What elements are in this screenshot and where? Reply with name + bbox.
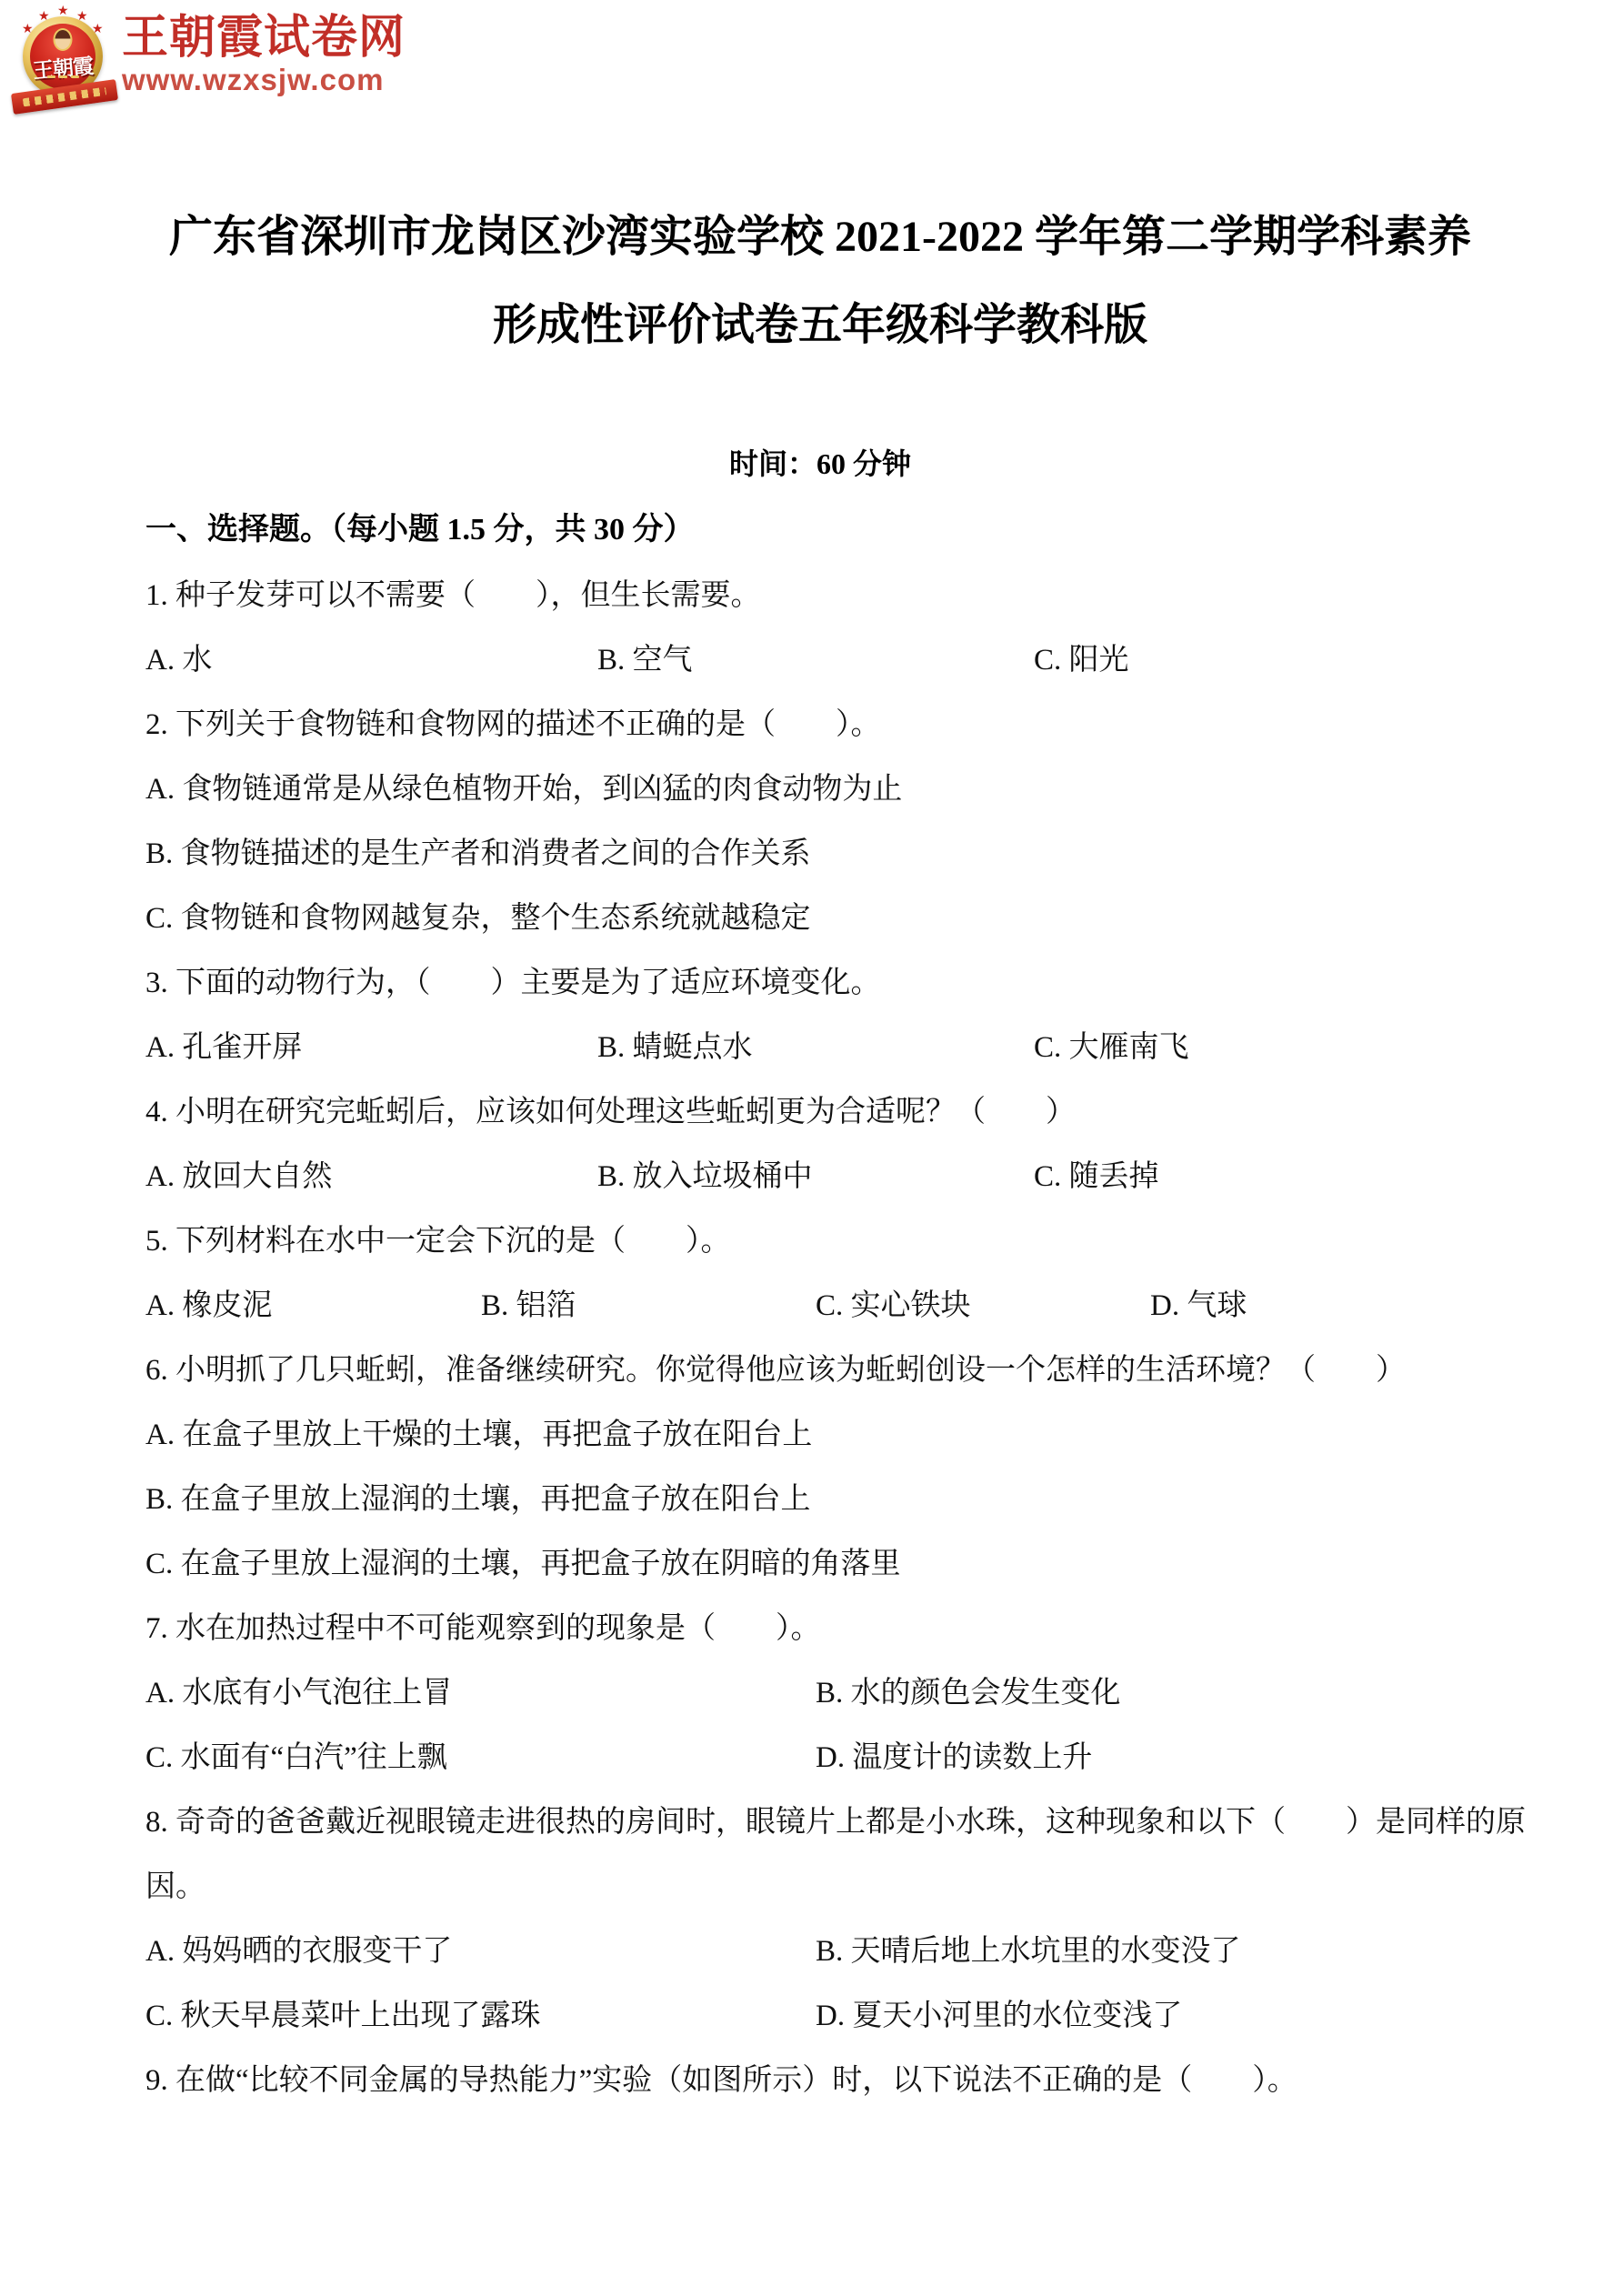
option-line: A. 在盒子里放上干燥的土壤，再把盒子放在阳台上 — [145, 1416, 1495, 1480]
question-line: 4. 小明在研究完蚯蚓后，应该如何处理这些蚯蚓更为合适呢？（ ） — [145, 1093, 1495, 1158]
option-item: A. 水底有小气泡往上冒 — [145, 1674, 816, 1712]
options-row: A. 水 B. 空气 C. 阳光 — [145, 641, 1495, 706]
exam-title-line-2: 形成性评价试卷五年级科学教科版 — [145, 301, 1495, 350]
question-text: 4. 小明在研究完蚯蚓后，应该如何处理这些蚯蚓更为合适呢？（ ） — [145, 1093, 1076, 1131]
option-item: B. 天晴后地上水坑里的水变没了 — [816, 1932, 1241, 1970]
option-item: D. 夏天小河里的水位变浅了 — [816, 1997, 1182, 2035]
option-item: B. 食物链描述的是生产者和消费者之间的合作关系 — [145, 835, 811, 873]
options-row: A. 橡皮泥 B. 铝箔 C. 实心铁块 D. 气球 — [145, 1287, 1495, 1351]
option-line: B. 在盒子里放上湿润的土壤，再把盒子放在阳台上 — [145, 1480, 1495, 1545]
question-text: 2. 下列关于食物链和食物网的描述不正确的是（ ）。 — [145, 706, 881, 744]
option-item: B. 空气 — [597, 641, 1034, 679]
question-line: 2. 下列关于食物链和食物网的描述不正确的是（ ）。 — [145, 706, 1495, 770]
question-text: 9. 在做“比较不同金属的导热能力”实验（如图所示）时，以下说法不正确的是（ ）… — [145, 2061, 1297, 2100]
question-text: 7. 水在加热过程中不可能观察到的现象是（ ）。 — [145, 1609, 821, 1648]
option-item: C. 食物链和食物网越复杂，整个生态系统就越稳定 — [145, 899, 811, 937]
option-item: B. 蜻蜓点水 — [597, 1028, 1034, 1067]
option-item: C. 实心铁块 — [816, 1287, 1150, 1325]
section-heading: 一、选择题。（每小题 1.5 分，共 30 分） — [145, 509, 1495, 551]
options-row: A. 孔雀开屏 B. 蜻蜓点水 C. 大雁南飞 — [145, 1028, 1495, 1093]
option-item: A. 放回大自然 — [145, 1158, 597, 1196]
options-row: C. 水面有“白汽”往上飘 D. 温度计的读数上升 — [145, 1739, 1495, 1803]
option-line: C. 食物链和食物网越复杂，整个生态系统就越稳定 — [145, 899, 1495, 964]
question-line: 5. 下列材料在水中一定会下沉的是（ ）。 — [145, 1222, 1495, 1287]
option-line: B. 食物链描述的是生产者和消费者之间的合作关系 — [145, 835, 1495, 899]
option-item: C. 在盒子里放上湿润的土壤，再把盒子放在阴暗的角落里 — [145, 1545, 901, 1583]
exam-title-line-1: 广东省深圳市龙岗区沙湾实验学校 2021-2022 学年第二学期学科素养 — [145, 213, 1495, 262]
portrait-icon — [54, 28, 73, 51]
question-text: 8. 奇奇的爸爸戴近视眼镜走进很热的房间时，眼镜片上都是小水珠，这种现象和以下（… — [145, 1803, 1526, 1841]
option-item: A. 橡皮泥 — [145, 1287, 481, 1325]
site-logo: ★ ★ ★ ★ ★ 王朝霞 王朝霞试卷网 www.wzxsjw.com — [20, 4, 406, 111]
option-item: C. 大雁南飞 — [1034, 1028, 1189, 1067]
option-item: A. 食物链通常是从绿色植物开始，到凶猛的肉食动物为止 — [145, 770, 902, 808]
question-line: 7. 水在加热过程中不可能观察到的现象是（ ）。 — [145, 1609, 1495, 1674]
option-item: A. 水 — [145, 641, 597, 679]
options-row: C. 秋天早晨菜叶上出现了露珠 D. 夏天小河里的水位变浅了 — [145, 1997, 1495, 2061]
option-line: A. 食物链通常是从绿色植物开始，到凶猛的肉食动物为止 — [145, 770, 1495, 835]
option-item: A. 在盒子里放上干燥的土壤，再把盒子放在阳台上 — [145, 1416, 812, 1454]
medal-icon: ★ ★ ★ ★ ★ 王朝霞 — [20, 4, 107, 111]
question-list: 1. 种子发芽可以不需要（ ），但生长需要。 A. 水 B. 空气 C. 阳光 … — [145, 577, 1495, 2126]
question-text: 5. 下列材料在水中一定会下沉的是（ ）。 — [145, 1222, 731, 1260]
question-line: 1. 种子发芽可以不需要（ ），但生长需要。 — [145, 577, 1495, 641]
option-item: B. 放入垃圾桶中 — [597, 1158, 1034, 1196]
option-item: B. 水的颜色会发生变化 — [816, 1674, 1121, 1712]
time-limit: 时间：60 分钟 — [145, 446, 1495, 482]
exam-document: 广东省深圳市龙岗区沙湾实验学校 2021-2022 学年第二学期学科素养 形成性… — [145, 213, 1495, 2126]
option-item: C. 水面有“白汽”往上飘 — [145, 1739, 816, 1777]
option-item: B. 铝箔 — [481, 1287, 816, 1325]
question-line: 9. 在做“比较不同金属的导热能力”实验（如图所示）时，以下说法不正确的是（ ）… — [145, 2061, 1495, 2126]
medal-brand-text: 王朝霞 — [29, 49, 97, 85]
option-item: B. 在盒子里放上湿润的土壤，再把盒子放在阳台上 — [145, 1480, 811, 1519]
option-item: C. 秋天早晨菜叶上出现了露珠 — [145, 1997, 816, 2035]
option-item: C. 随丢掉 — [1034, 1158, 1159, 1196]
option-item: A. 妈妈晒的衣服变干了 — [145, 1932, 816, 1970]
option-item: A. 孔雀开屏 — [145, 1028, 597, 1067]
question-text: 3. 下面的动物行为，（ ）主要是为了适应环境变化。 — [145, 964, 881, 1002]
option-line: C. 在盒子里放上湿润的土壤，再把盒子放在阴暗的角落里 — [145, 1545, 1495, 1609]
question-line: 因。 — [145, 1868, 1495, 1932]
question-line: 8. 奇奇的爸爸戴近视眼镜走进很热的房间时，眼镜片上都是小水珠，这种现象和以下（… — [145, 1803, 1495, 1868]
option-item: C. 阳光 — [1034, 641, 1129, 679]
question-text: 1. 种子发芽可以不需要（ ），但生长需要。 — [145, 577, 761, 615]
brand-name: 王朝霞试卷网 — [122, 13, 406, 62]
question-line: 3. 下面的动物行为，（ ）主要是为了适应环境变化。 — [145, 964, 1495, 1028]
question-text: 6. 小明抓了几只蚯蚓，准备继续研究。你觉得他应该为蚯蚓创设一个怎样的生活环境？… — [145, 1351, 1406, 1389]
options-row: A. 放回大自然 B. 放入垃圾桶中 C. 随丢掉 — [145, 1158, 1495, 1222]
medal-face: 王朝霞 — [30, 24, 95, 89]
options-row: A. 妈妈晒的衣服变干了 B. 天晴后地上水坑里的水变没了 — [145, 1932, 1495, 1997]
question-line: 6. 小明抓了几只蚯蚓，准备继续研究。你觉得他应该为蚯蚓创设一个怎样的生活环境？… — [145, 1351, 1495, 1416]
options-row: A. 水底有小气泡往上冒 B. 水的颜色会发生变化 — [145, 1674, 1495, 1739]
brand-text-block: 王朝霞试卷网 www.wzxsjw.com — [122, 4, 406, 95]
brand-website-url: www.wzxsjw.com — [122, 65, 406, 95]
exam-paper-page: ★ ★ ★ ★ ★ 王朝霞 王朝霞试卷网 www.wzxsjw.com 广东省深… — [0, 0, 1623, 2296]
option-item: D. 气球 — [1150, 1287, 1247, 1325]
question-text: 因。 — [145, 1868, 205, 1906]
option-item: D. 温度计的读数上升 — [816, 1739, 1092, 1777]
medal-decoration — [30, 75, 95, 78]
